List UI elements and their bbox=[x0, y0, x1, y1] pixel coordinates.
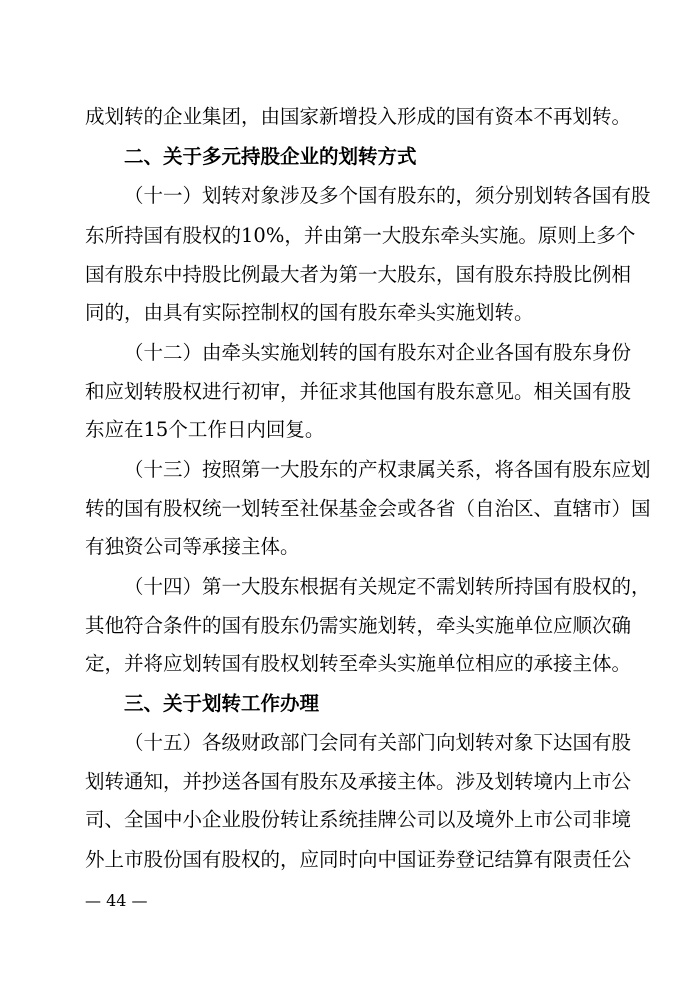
text-line: 定，并将应划转国有股权划转至牵头实施单位相应的承接主体。 bbox=[85, 651, 615, 677]
page-number: — 44 — bbox=[85, 889, 148, 913]
document-page: 成划转的企业集团，由国家新增投入形成的国有资本不再划转。二、关于多元持股企业的划… bbox=[0, 0, 699, 992]
text-line: 划转通知，并抄送各国有股东及承接主体。涉及划转境内上市公 bbox=[85, 769, 615, 795]
text-line: （十一）划转对象涉及多个国有股东的，须分别划转各国有股 bbox=[124, 183, 615, 209]
text-line: （十五）各级财政部门会同有关部门向划转对象下达国有股 bbox=[124, 730, 615, 756]
text-line: （十二）由牵头实施划转的国有股东对企业各国有股东身份 bbox=[124, 340, 615, 366]
text-line: 国有股东中持股比例最大者为第一大股东，国有股东持股比例相 bbox=[85, 262, 615, 288]
text-line: 和应划转股权进行初审，并征求其他国有股东意见。相关国有股 bbox=[85, 379, 615, 405]
text-line: 转的国有股权统一划转至社保基金会或各省（自治区、直辖市）国 bbox=[85, 496, 615, 522]
text-line: 东应在15个工作日内回复。 bbox=[85, 417, 615, 443]
text-line: 司、全国中小企业股份转让系统挂牌公司以及境外上市公司非境 bbox=[85, 807, 615, 833]
section-heading: 三、关于划转工作办理 bbox=[124, 691, 615, 717]
text-line: （十三）按照第一大股东的产权隶属关系，将各国有股东应划 bbox=[124, 457, 615, 483]
text-line: 其他符合条件的国有股东仍需实施划转，牵头实施单位应顺次确 bbox=[85, 613, 615, 639]
section-heading: 二、关于多元持股企业的划转方式 bbox=[124, 144, 615, 170]
text-line: 有独资公司等承接主体。 bbox=[85, 534, 615, 560]
text-line: 外上市股份国有股权的，应同时向中国证券登记结算有限责任公 bbox=[85, 847, 615, 873]
text-line: 同的，由具有实际控制权的国有股东牵头实施划转。 bbox=[85, 300, 615, 326]
text-line: （十四）第一大股东根据有关规定不需划转所持国有股权的， bbox=[124, 574, 615, 600]
text-line: 东所持国有股权的10%，并由第一大股东牵头实施。原则上多个 bbox=[85, 223, 615, 249]
text-line: 成划转的企业集团，由国家新增投入形成的国有资本不再划转。 bbox=[85, 104, 615, 130]
